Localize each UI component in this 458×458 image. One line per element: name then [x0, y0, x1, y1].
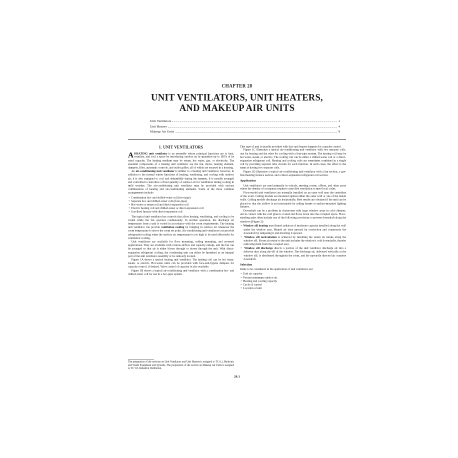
section-heading-unit-ventilators: 1. UNIT VENTILATORS [128, 145, 234, 149]
paragraph: Figure 1C illustrates a typical air-cond… [240, 148, 346, 170]
selection-considerations-list: Unit air capacity Percent minimum outdoo… [241, 272, 346, 290]
toc-label: Makeup Air Units [150, 129, 174, 134]
window-sill-provisions-list: Window sill heating uses finned radiator… [241, 224, 346, 261]
toc-page-number: 9 [338, 129, 340, 134]
paragraph: Figure 1D illustrates a typical air-cond… [240, 170, 346, 177]
footer-page-number: 28.1 [128, 374, 346, 378]
toc-dot-leader [172, 121, 337, 122]
paragraph: Unit ventilators are available for floor… [128, 240, 234, 258]
paragraph: Figure 1A shows a typical heating unit v… [128, 258, 234, 269]
paragraph: Floor-model unit ventilators are normall… [240, 191, 346, 209]
toc-dot-leader [175, 132, 337, 133]
handbook-page: CHAPTER 28 UNIT VENTILATORS, UNIT HEATER… [128, 84, 346, 378]
column-left: 1. UNIT VENTILATORS AHEATING unit ventil… [128, 144, 234, 370]
chapter-label: CHAPTER 28 [128, 84, 346, 89]
toc-dot-leader [168, 126, 337, 127]
paragraph: Figure 1B shows a typical air-conditioni… [128, 269, 234, 276]
paragraph: Downdraft can be a problem in classrooms… [240, 209, 346, 223]
list-item: Location of unit [241, 286, 346, 290]
subheading-application: Application [240, 179, 346, 182]
mini-toc: Unit Ventilators 1 Unit Heaters 4 Makeup… [150, 119, 340, 134]
page-title-line1: UNIT VENTILATORS, UNIT HEATERS, [151, 93, 323, 103]
page-title-line2: AND MAKEUP AIR UNITS [179, 103, 294, 113]
footnote-text: The preparation of the sections on Unit … [128, 360, 234, 369]
paragraph: Items to be considered in the applicatio… [240, 267, 346, 271]
paragraph: Unit ventilators are used primarily in s… [240, 184, 346, 191]
toc-entry-makeup-air-units: Makeup Air Units 9 [150, 129, 340, 134]
body-columns: 1. UNIT VENTILATORS AHEATING unit ventil… [128, 144, 346, 370]
list-item: Window sill recirculation is achieved by… [241, 235, 346, 246]
list-item: Window sill heating uses finned radiator… [241, 224, 346, 235]
document-canvas: CHAPTER 28 UNIT VENTILATORS, UNIT HEATER… [0, 0, 458, 458]
coil-arrangement-list: Combination hot- and chilled-water coil … [129, 196, 234, 214]
list-item: Window sill discharge directs a portion … [241, 246, 346, 260]
footnote: The preparation of the sections on Unit … [128, 359, 234, 370]
header-divider-rule [128, 139, 346, 140]
page-title: UNIT VENTILATORS, UNIT HEATERS,AND MAKEU… [128, 93, 346, 114]
paragraph: AHEATING unit ventilator is an assembly … [128, 151, 234, 169]
list-item: Gas-fired furnace with direct-expansion … [129, 210, 234, 214]
column-right: This type of unit is usually provided wi… [240, 144, 346, 370]
paragraph: The typical unit ventilator has controls… [128, 215, 234, 240]
subheading-selection: Selection [240, 263, 346, 266]
paragraph: An air-conditioning unit ventilator is s… [128, 169, 234, 194]
